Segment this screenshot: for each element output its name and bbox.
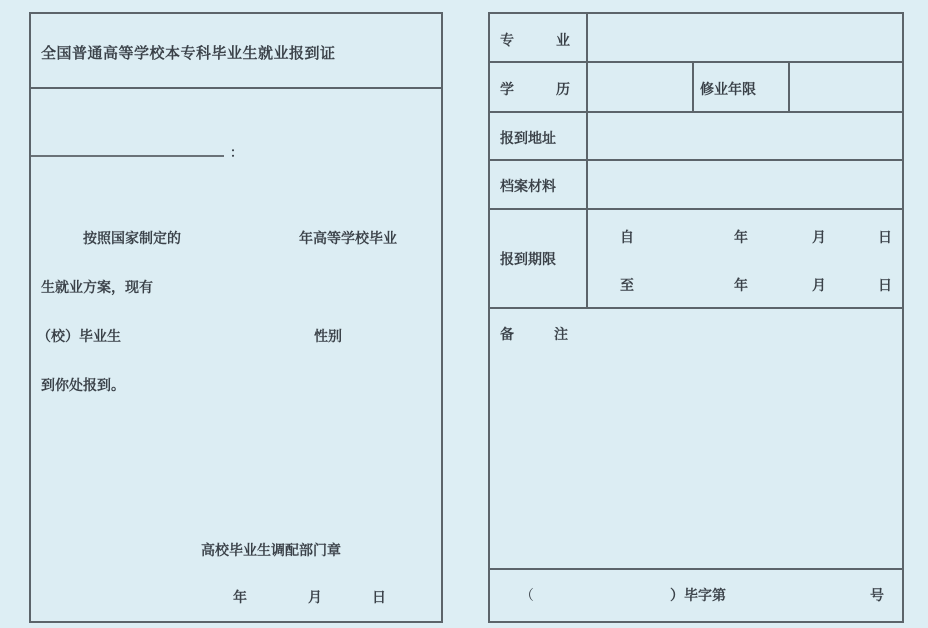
education-field[interactable]	[588, 63, 692, 111]
serial-open-paren: （	[520, 585, 534, 605]
period-from-month: 月	[812, 227, 826, 247]
issuer-seal-label: 高校毕业生调配部门章	[201, 540, 341, 560]
education-label-2: 历	[556, 79, 570, 99]
period-to-month: 月	[812, 275, 826, 295]
major-label-2: 业	[556, 30, 570, 50]
period-to-year: 年	[734, 275, 748, 295]
row-divider	[490, 208, 902, 210]
period-from-day: 日	[878, 227, 892, 247]
body-text-line2: 生就业方案，现有	[41, 277, 153, 297]
archive-materials-field[interactable]	[588, 161, 902, 208]
row-divider	[490, 568, 902, 570]
date-day-label: 日	[372, 587, 386, 607]
row-divider	[490, 307, 902, 309]
serial-number-suffix: 号	[870, 585, 884, 605]
serial-graduation-label: ）毕字第	[670, 585, 726, 605]
title-row: 全国普通高等学校本专科毕业生就业报到证	[31, 14, 441, 89]
report-certificate-front: 全国普通高等学校本专科毕业生就业报到证 ： 按照国家制定的 年高等学校毕业 生就…	[29, 12, 443, 623]
gender-label: 性别	[314, 326, 342, 346]
report-period-label: 报到期限	[500, 249, 556, 269]
report-address-label: 报到地址	[500, 128, 556, 148]
date-month-label: 月	[308, 587, 322, 607]
certificate-title: 全国普通高等学校本专科毕业生就业报到证	[41, 42, 336, 63]
body-text-line4: 到你处报到。	[41, 375, 125, 395]
study-years-label: 修业年限	[700, 79, 756, 99]
date-year-label: 年	[233, 587, 247, 607]
addressee-blank-line	[31, 155, 224, 157]
body-text-line1-a: 按照国家制定的	[83, 228, 181, 248]
period-from-year: 年	[734, 227, 748, 247]
education-label: 学	[500, 79, 514, 99]
major-label: 专	[500, 30, 514, 50]
period-to-day: 日	[878, 275, 892, 295]
body-text-line1-b: 年高等学校毕业	[299, 228, 397, 248]
report-address-field[interactable]	[588, 113, 902, 159]
remarks-field[interactable]	[490, 310, 902, 568]
period-from-label: 自	[620, 227, 634, 247]
period-to-label: 至	[620, 275, 634, 295]
major-field[interactable]	[588, 14, 902, 61]
study-years-field[interactable]	[790, 63, 902, 111]
archive-materials-label: 档案材料	[500, 176, 556, 196]
column-divider	[692, 61, 694, 111]
report-certificate-back: 专 业 学 历 修业年限 报到地址 档案材料 报到期限 自 年 月 日 至 年 …	[488, 12, 904, 623]
body-text-line3-a: （校）毕业生	[37, 326, 121, 346]
addressee-colon: ：	[230, 142, 243, 161]
